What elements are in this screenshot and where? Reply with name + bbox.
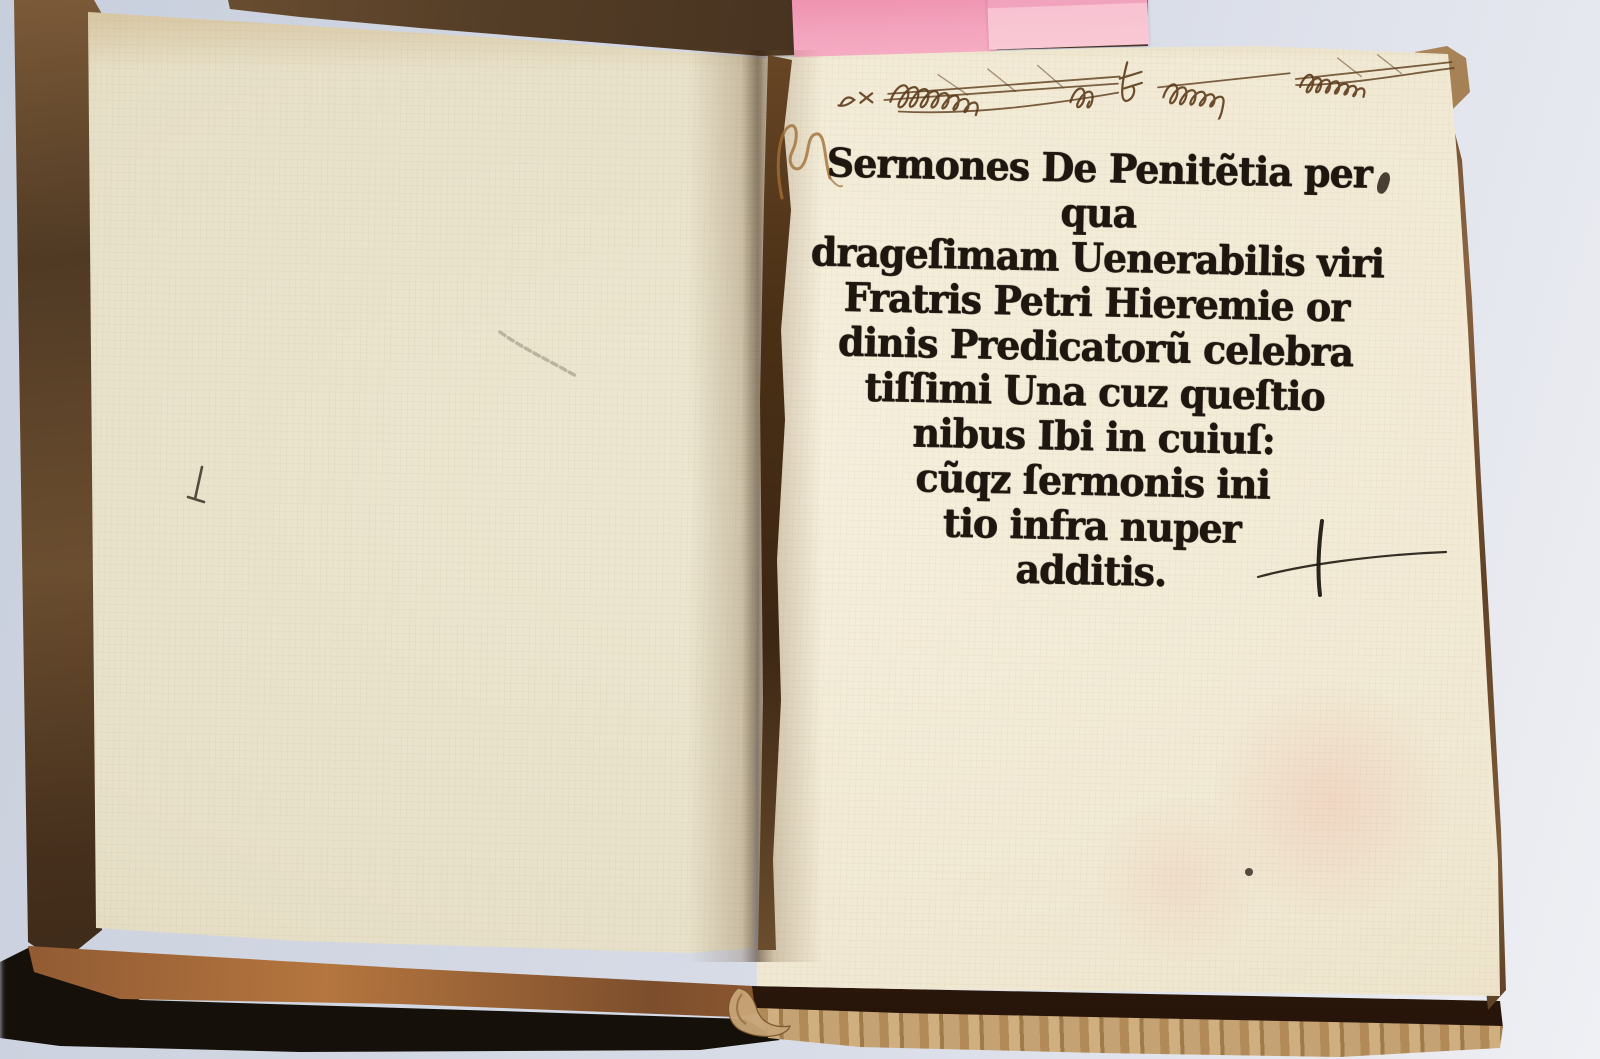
cross-mark xyxy=(1252,515,1452,600)
sticky-note-front xyxy=(987,0,1149,50)
photo-background: Sermones De Penitẽtia per qua drageſimam… xyxy=(0,0,1600,1059)
dagger-mark xyxy=(186,463,212,511)
pencil-smudge xyxy=(492,322,584,390)
title-line-1: Sermones De Penitẽtia per qua xyxy=(803,139,1395,241)
spine-tail xyxy=(720,982,800,1046)
ink-dot xyxy=(1245,868,1253,876)
